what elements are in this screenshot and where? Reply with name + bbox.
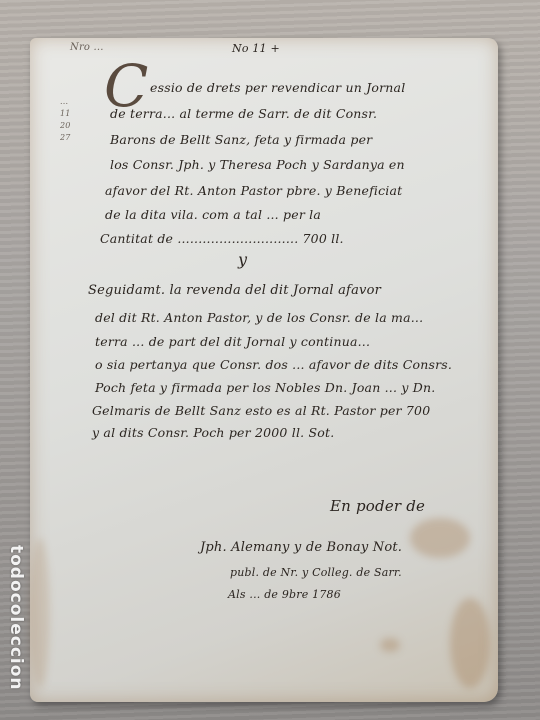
top-center-note: No 11 + xyxy=(232,42,280,55)
text-line: Gelmaris de Bellt Sanz esto es al Rt. Pa… xyxy=(92,403,430,418)
text-line: essio de drets per revendicar un Jornal xyxy=(150,80,405,95)
text-line: y al dits Consr. Poch per 2000 ll. Sot. xyxy=(92,425,334,440)
text-line: de la dita vila. com a tal ... per la xyxy=(105,207,321,222)
margin-note: 11 xyxy=(60,108,71,120)
text-line: Poch feta y firmada per los Nobles Dn. J… xyxy=(95,380,435,395)
stain xyxy=(30,538,50,688)
text-line: Seguidamt. la revenda del dit Jornal afa… xyxy=(88,283,381,298)
stain xyxy=(450,598,490,688)
margin-note: ... xyxy=(60,96,71,108)
text-line: terra ... de part del dit Jornal y conti… xyxy=(95,334,370,349)
closing-phrase: En poder de xyxy=(330,497,425,515)
stain xyxy=(410,518,470,558)
separator: y xyxy=(238,250,247,269)
text-line: del dit Rt. Anton Pastor, y de los Consr… xyxy=(95,310,423,325)
margin-note: 27 xyxy=(60,132,71,144)
text-line: Cantitat de ............................… xyxy=(100,231,344,246)
margin-notes: ... 11 20 27 xyxy=(60,96,71,144)
notary-title: publ. de Nr. y Colleg. de Sarr. xyxy=(230,566,402,579)
text-line: los Consr. Jph. y Theresa Poch y Sardany… xyxy=(110,157,405,172)
watermark: todocoleccion xyxy=(6,545,26,691)
stain xyxy=(380,638,400,652)
notary-signature: Jph. Alemany y de Bonay Not. xyxy=(200,540,402,555)
text-line: afavor del Rt. Anton Pastor pbre. y Bene… xyxy=(105,183,402,198)
top-left-note: Nro ... xyxy=(70,42,104,53)
date-line: Als ... de 9bre 1786 xyxy=(228,588,341,601)
margin-note: 20 xyxy=(60,120,71,132)
text-line: de terra... al terme de Sarr. de dit Con… xyxy=(110,106,377,121)
text-line: Barons de Bellt Sanz, feta y firmada per xyxy=(110,132,372,147)
text-line: o sia pertanya que Consr. dos ... afavor… xyxy=(95,357,452,372)
